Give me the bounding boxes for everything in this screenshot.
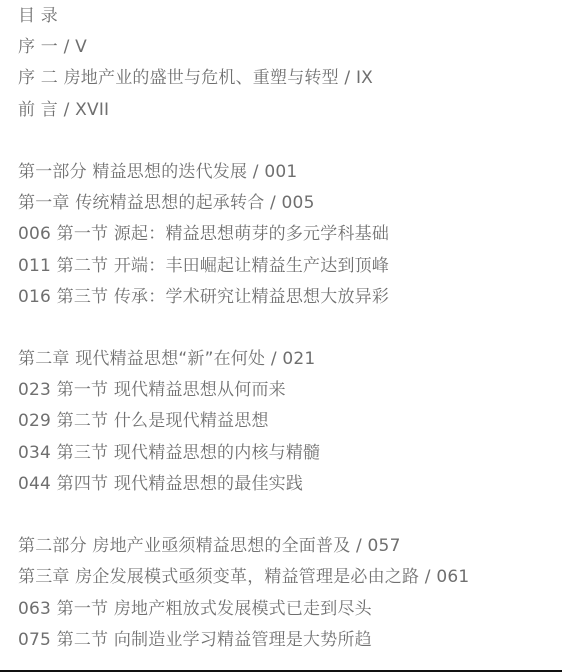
toc-section[interactable]: 075 第二节 向制造业学习精益管理是大势所趋 xyxy=(18,625,558,656)
toc-part-2[interactable]: 第二部分 房地产业亟须精益思想的全面普及 / 057 xyxy=(18,531,558,562)
spacer xyxy=(18,313,558,344)
table-of-contents: 目 录 序 一 / V 序 二 房地产业的盛世与危机、重塑与转型 / IX 前 … xyxy=(18,1,558,656)
toc-section[interactable]: 029 第二节 什么是现代精益思想 xyxy=(18,406,558,437)
toc-chapter-1[interactable]: 第一章 传统精益思想的起承转合 / 005 xyxy=(18,188,558,219)
spacer xyxy=(18,126,558,157)
toc-chapter-2[interactable]: 第二章 现代精益思想“新”在何处 / 021 xyxy=(18,344,558,375)
toc-section[interactable]: 016 第三节 传承：学术研究让精益思想大放异彩 xyxy=(18,282,558,313)
toc-entry-foreword[interactable]: 前 言 / XVII xyxy=(18,95,558,126)
spacer xyxy=(18,500,558,531)
toc-section[interactable]: 063 第一节 房地产粗放式发展模式已走到尽头 xyxy=(18,594,558,625)
toc-section[interactable]: 034 第三节 现代精益思想的内核与精髓 xyxy=(18,438,558,469)
toc-title: 目 录 xyxy=(18,1,558,32)
toc-entry-preface-2[interactable]: 序 二 房地产业的盛世与危机、重塑与转型 / IX xyxy=(18,63,558,94)
toc-section[interactable]: 023 第一节 现代精益思想从何而来 xyxy=(18,375,558,406)
toc-entry-preface-1[interactable]: 序 一 / V xyxy=(18,32,558,63)
toc-section[interactable]: 006 第一节 源起：精益思想萌芽的多元学科基础 xyxy=(18,219,558,250)
toc-section[interactable]: 044 第四节 现代精益思想的最佳实践 xyxy=(18,469,558,500)
toc-part-1[interactable]: 第一部分 精益思想的迭代发展 / 001 xyxy=(18,157,558,188)
toc-section[interactable]: 011 第二节 开端：丰田崛起让精益生产达到顶峰 xyxy=(18,251,558,282)
toc-chapter-3[interactable]: 第三章 房企发展模式亟须变革，精益管理是必由之路 / 061 xyxy=(18,562,558,593)
